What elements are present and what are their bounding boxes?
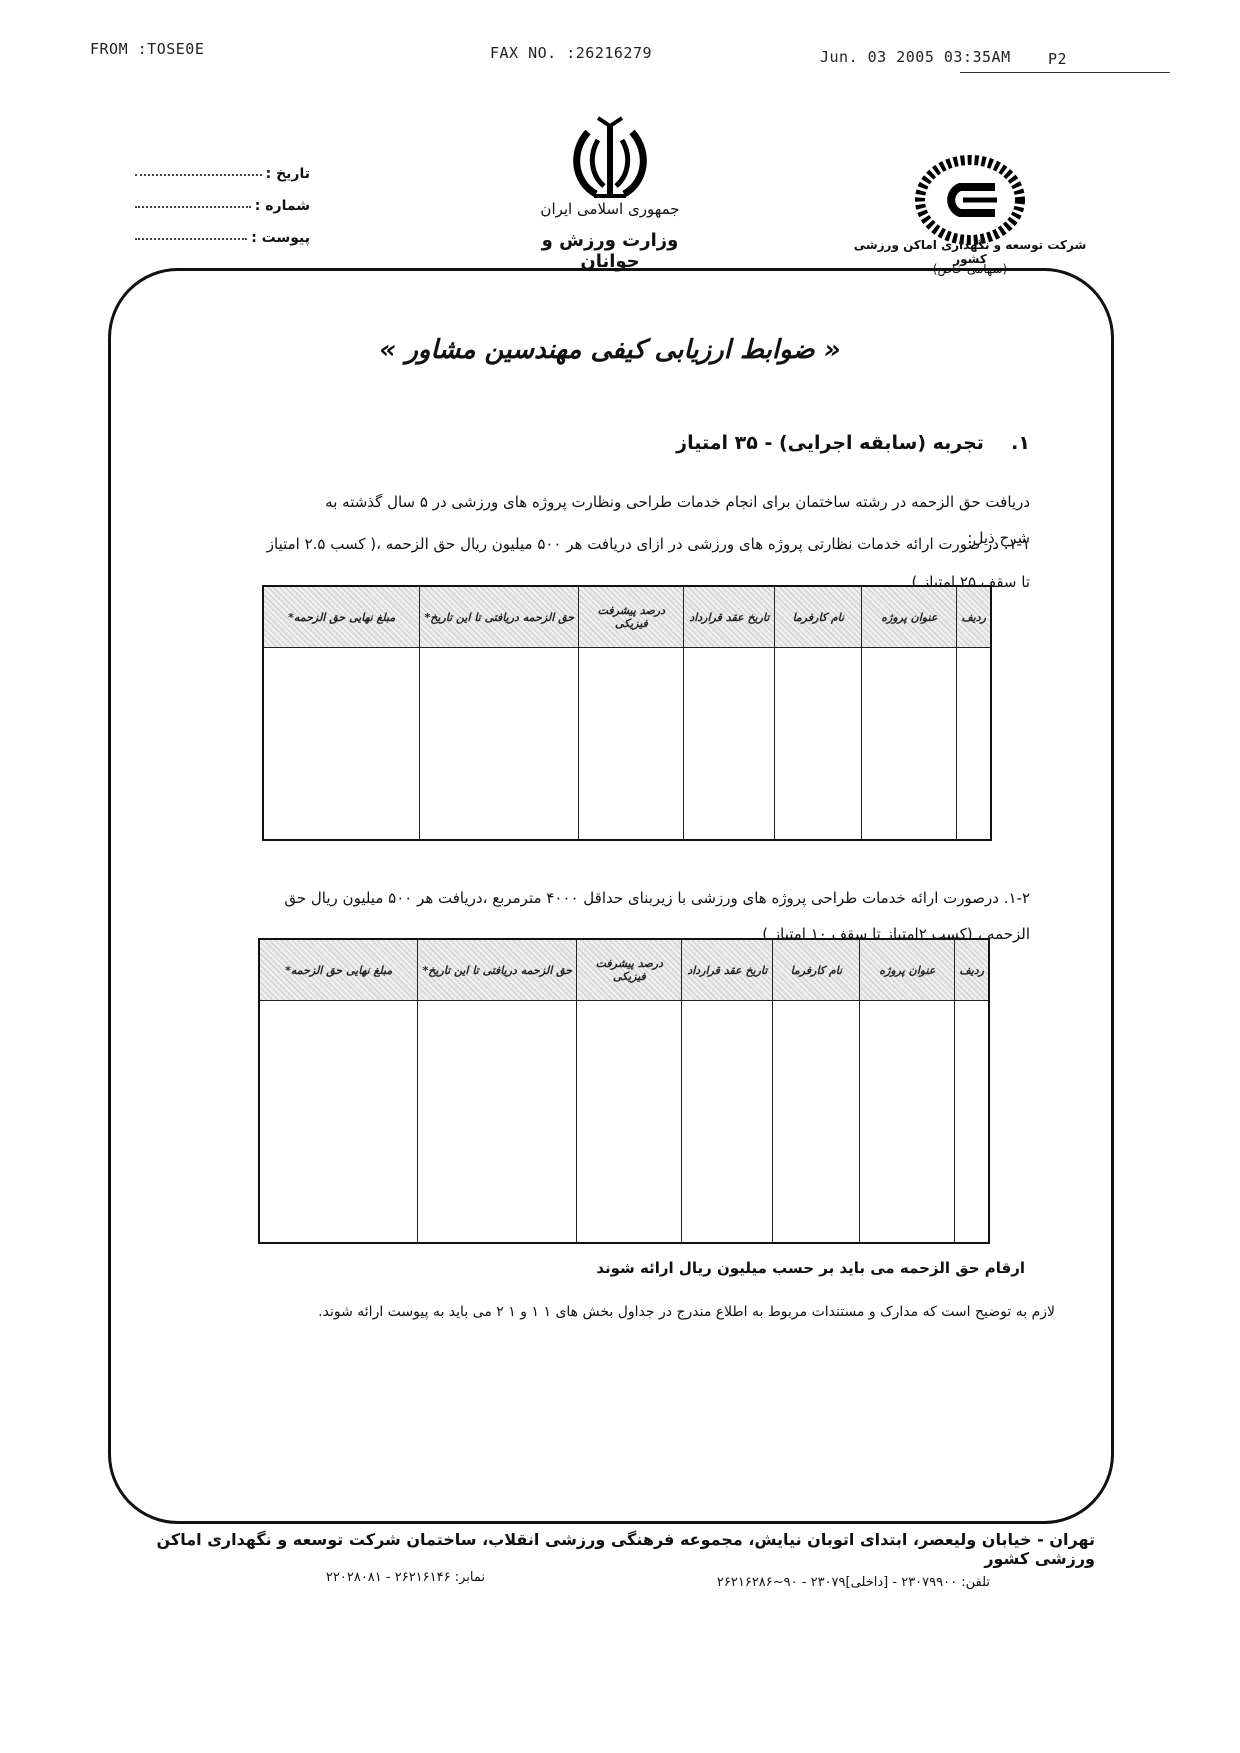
- fax-page: P2: [1048, 50, 1067, 68]
- cell[interactable]: [577, 1001, 682, 1244]
- ministry-name: وزارت ورزش و جوانان: [510, 230, 710, 272]
- note-attachments: لازم به توضیح است که مدارک و مستندات مرب…: [220, 1294, 1055, 1330]
- section-heading: ۱. تجربه (سابقه اجرایی) - ۳۵ امتیاز: [640, 432, 1030, 454]
- note-currency: ارقام حق الزحمه می باید بر حسب میلیون ری…: [520, 1250, 1025, 1286]
- cell[interactable]: [862, 648, 957, 841]
- cell[interactable]: [860, 1001, 955, 1244]
- col-physical-progress: درصد پیشرفت فیزیکی: [577, 939, 682, 1001]
- attachment-line: [135, 238, 247, 240]
- phone-label: تلفن:: [961, 1575, 990, 1590]
- fax-datetime: Jun. 03 2005 03:35AM: [820, 48, 1011, 66]
- cell[interactable]: [263, 648, 420, 841]
- section-number: ۱.: [1011, 432, 1030, 454]
- document-title: « ضوابط ارزیابی کیفی مهندسین مشاور »: [300, 335, 920, 365]
- col-physical-progress: درصد پیشرفت فیزیکی: [579, 586, 684, 648]
- cell[interactable]: [579, 648, 684, 841]
- company-logo-icon: [915, 155, 1025, 245]
- number-field[interactable]: شماره :: [135, 182, 310, 214]
- country-name: جمهوری اسلامی ایران: [520, 200, 700, 218]
- item-1-1-line1: ۱-۱. در صورت ارائه خدمات نظارتی پروژه ها…: [200, 526, 1030, 562]
- cell[interactable]: [684, 648, 775, 841]
- section-title: تجربه (سابقه اجرایی) - ۳۵ امتیاز: [676, 432, 984, 454]
- col-row-number: ردیف: [955, 939, 989, 1001]
- fax-underline: [960, 72, 1170, 73]
- attachment-field[interactable]: پیوست :: [135, 214, 310, 246]
- cell[interactable]: [773, 1001, 860, 1244]
- number-line: [135, 206, 251, 208]
- date-label: تاریخ :: [266, 166, 310, 182]
- col-project-title: عنوان پروژه: [860, 939, 955, 1001]
- cell[interactable]: [775, 648, 862, 841]
- col-fee-received: حق الزحمه دریافتی تا این تاریخ*: [418, 939, 577, 1001]
- footer-address: تهران - خیابان ولیعصر، ابتدای اتوبان نیا…: [110, 1530, 1095, 1568]
- cell[interactable]: [957, 648, 991, 841]
- col-final-fee: مبلغ نهایی حق الزحمه*: [263, 586, 420, 648]
- table-row: [259, 1001, 989, 1244]
- phone-value: ۲۳۰۷۹۹۰۰ - [داخلی]۲۳۰۷۹ - ۹۰~۲۶۲۱۶۲۸۶: [717, 1575, 957, 1590]
- table-header-row: ردیف عنوان پروژه نام کارفرما تاریخ عقد ق…: [263, 586, 991, 648]
- table-row: [263, 648, 991, 841]
- attachment-label: پیوست :: [251, 230, 310, 246]
- col-contract-date: تاریخ عقد قرارداد: [684, 586, 775, 648]
- fax-value: ۲۶۲۱۶۱۴۶ - ۲۲۰۲۸۰۸۱: [326, 1570, 451, 1585]
- col-employer: نام کارفرما: [775, 586, 862, 648]
- cell[interactable]: [420, 648, 579, 841]
- col-contract-date: تاریخ عقد قرارداد: [682, 939, 773, 1001]
- date-field[interactable]: تاریخ :: [135, 150, 310, 182]
- cell[interactable]: [259, 1001, 418, 1244]
- cell[interactable]: [682, 1001, 773, 1244]
- table-supervision-projects: ردیف عنوان پروژه نام کارفرما تاریخ عقد ق…: [262, 585, 992, 841]
- letterhead-fields: تاریخ : شماره : پیوست :: [135, 150, 310, 246]
- cell[interactable]: [955, 1001, 989, 1244]
- fax-number: FAX NO. :26216279: [490, 44, 652, 62]
- number-label: شماره :: [255, 198, 310, 214]
- iran-emblem-icon: [568, 112, 652, 202]
- footer-phone: تلفن: ۲۳۰۷۹۹۰۰ - [داخلی]۲۳۰۷۹ - ۹۰~۲۶۲۱۶…: [560, 1575, 990, 1590]
- fax-label: نمابر:: [455, 1570, 485, 1585]
- fax-from: FROM :TOSE0E: [90, 40, 204, 58]
- col-employer: نام کارفرما: [773, 939, 860, 1001]
- col-fee-received: حق الزحمه دریافتی تا این تاریخ*: [420, 586, 579, 648]
- item-1-2-line1: ۱-۲. درصورت ارائه خدمات طراحی پروژه های …: [200, 880, 1030, 916]
- cell[interactable]: [418, 1001, 577, 1244]
- col-final-fee: مبلغ نهایی حق الزحمه*: [259, 939, 418, 1001]
- footer-fax: نمابر: ۲۶۲۱۶۱۴۶ - ۲۲۰۲۸۰۸۱: [215, 1570, 485, 1585]
- col-project-title: عنوان پروژه: [862, 586, 957, 648]
- table-header-row: ردیف عنوان پروژه نام کارفرما تاریخ عقد ق…: [259, 939, 989, 1001]
- date-line: [135, 174, 262, 176]
- col-row-number: ردیف: [957, 586, 991, 648]
- table-design-projects: ردیف عنوان پروژه نام کارفرما تاریخ عقد ق…: [258, 938, 990, 1244]
